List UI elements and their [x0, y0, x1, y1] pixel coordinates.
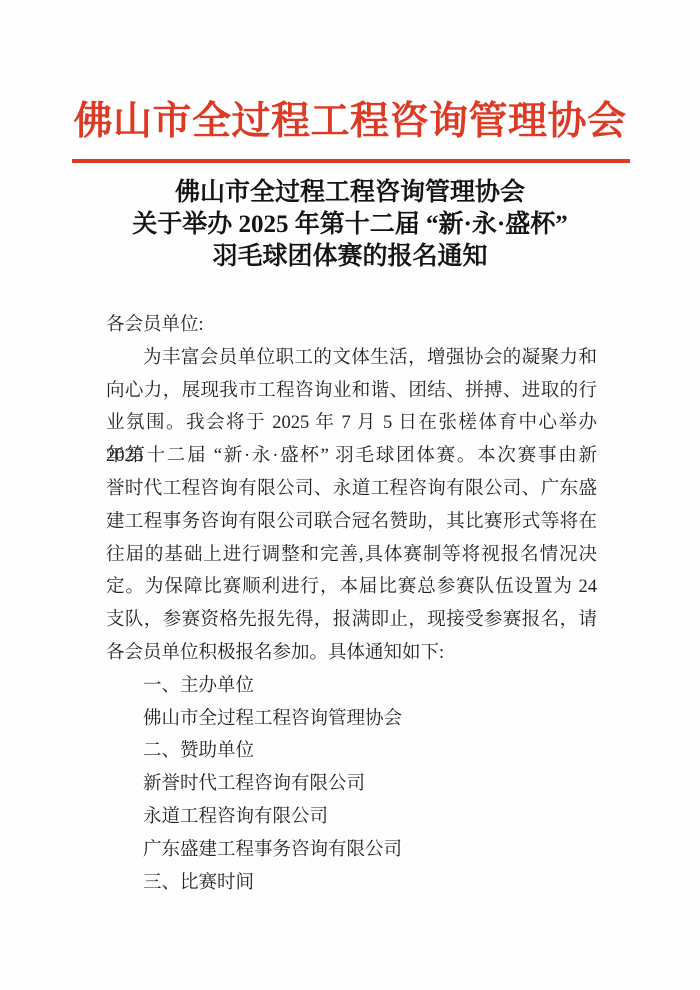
letterhead-rule — [72, 159, 630, 163]
salutation: 各会员单位: — [106, 309, 597, 342]
doc-title-line: 关于举办 2025 年第十二届 “新·永·盛杯” — [0, 209, 700, 241]
body-line: 往届的基础上进行调整和完善,具体赛制等将视报名情况决 — [106, 539, 597, 572]
section-heading: 三、比赛时间 — [106, 867, 597, 900]
body-line: 各会员单位积极报名参加。具体通知如下: — [106, 637, 597, 670]
body-line: 业氛围。我会将于 2025 年 7 月 5 日在张槎体育中心举办 2025 — [106, 407, 597, 440]
body-line: 誉时代工程咨询有限公司、永道工程咨询有限公司、广东盛 — [106, 473, 597, 506]
body-line: 广东盛建工程事务咨询有限公司 — [106, 834, 597, 867]
body-line: 年第十二届 “新·永·盛杯” 羽毛球团体赛。本次赛事由新 — [106, 440, 597, 473]
body-line: 向心力，展现我市工程咨询业和谐、团结、拼搏、进取的行 — [106, 375, 597, 408]
body-line: 为丰富会员单位职工的文体生活，增强协会的凝聚力和 — [106, 342, 597, 375]
body-line: 永道工程咨询有限公司 — [106, 801, 597, 834]
section-heading: 一、主办单位 — [106, 670, 597, 703]
doc-title-line: 羽毛球团体赛的报名通知 — [0, 241, 700, 273]
doc-title: 佛山市全过程工程咨询管理协会 关于举办 2025 年第十二届 “新·永·盛杯” … — [0, 177, 700, 273]
body-line: 定。为保障比赛顺利进行，本届比赛总参赛队伍设置为 24 — [106, 571, 597, 604]
doc-title-line: 佛山市全过程工程咨询管理协会 — [0, 177, 700, 209]
body-line: 支队，参赛资格先报先得，报满即止，现接受参赛报名，请 — [106, 604, 597, 637]
section-heading: 二、赞助单位 — [106, 735, 597, 768]
body-line: 新誉时代工程咨询有限公司 — [106, 768, 597, 801]
body-line: 建工程事务咨询有限公司联合冠名赞助，其比赛形式等将在 — [106, 506, 597, 539]
doc-body: 各会员单位: 为丰富会员单位职工的文体生活，增强协会的凝聚力和 向心力，展现我市… — [106, 309, 597, 899]
document-page: 佛山市全过程工程咨询管理协会 佛山市全过程工程咨询管理协会 关于举办 2025 … — [0, 0, 700, 990]
body-line: 佛山市全过程工程咨询管理协会 — [106, 703, 597, 736]
letterhead-org-name: 佛山市全过程工程咨询管理协会 — [0, 90, 700, 146]
